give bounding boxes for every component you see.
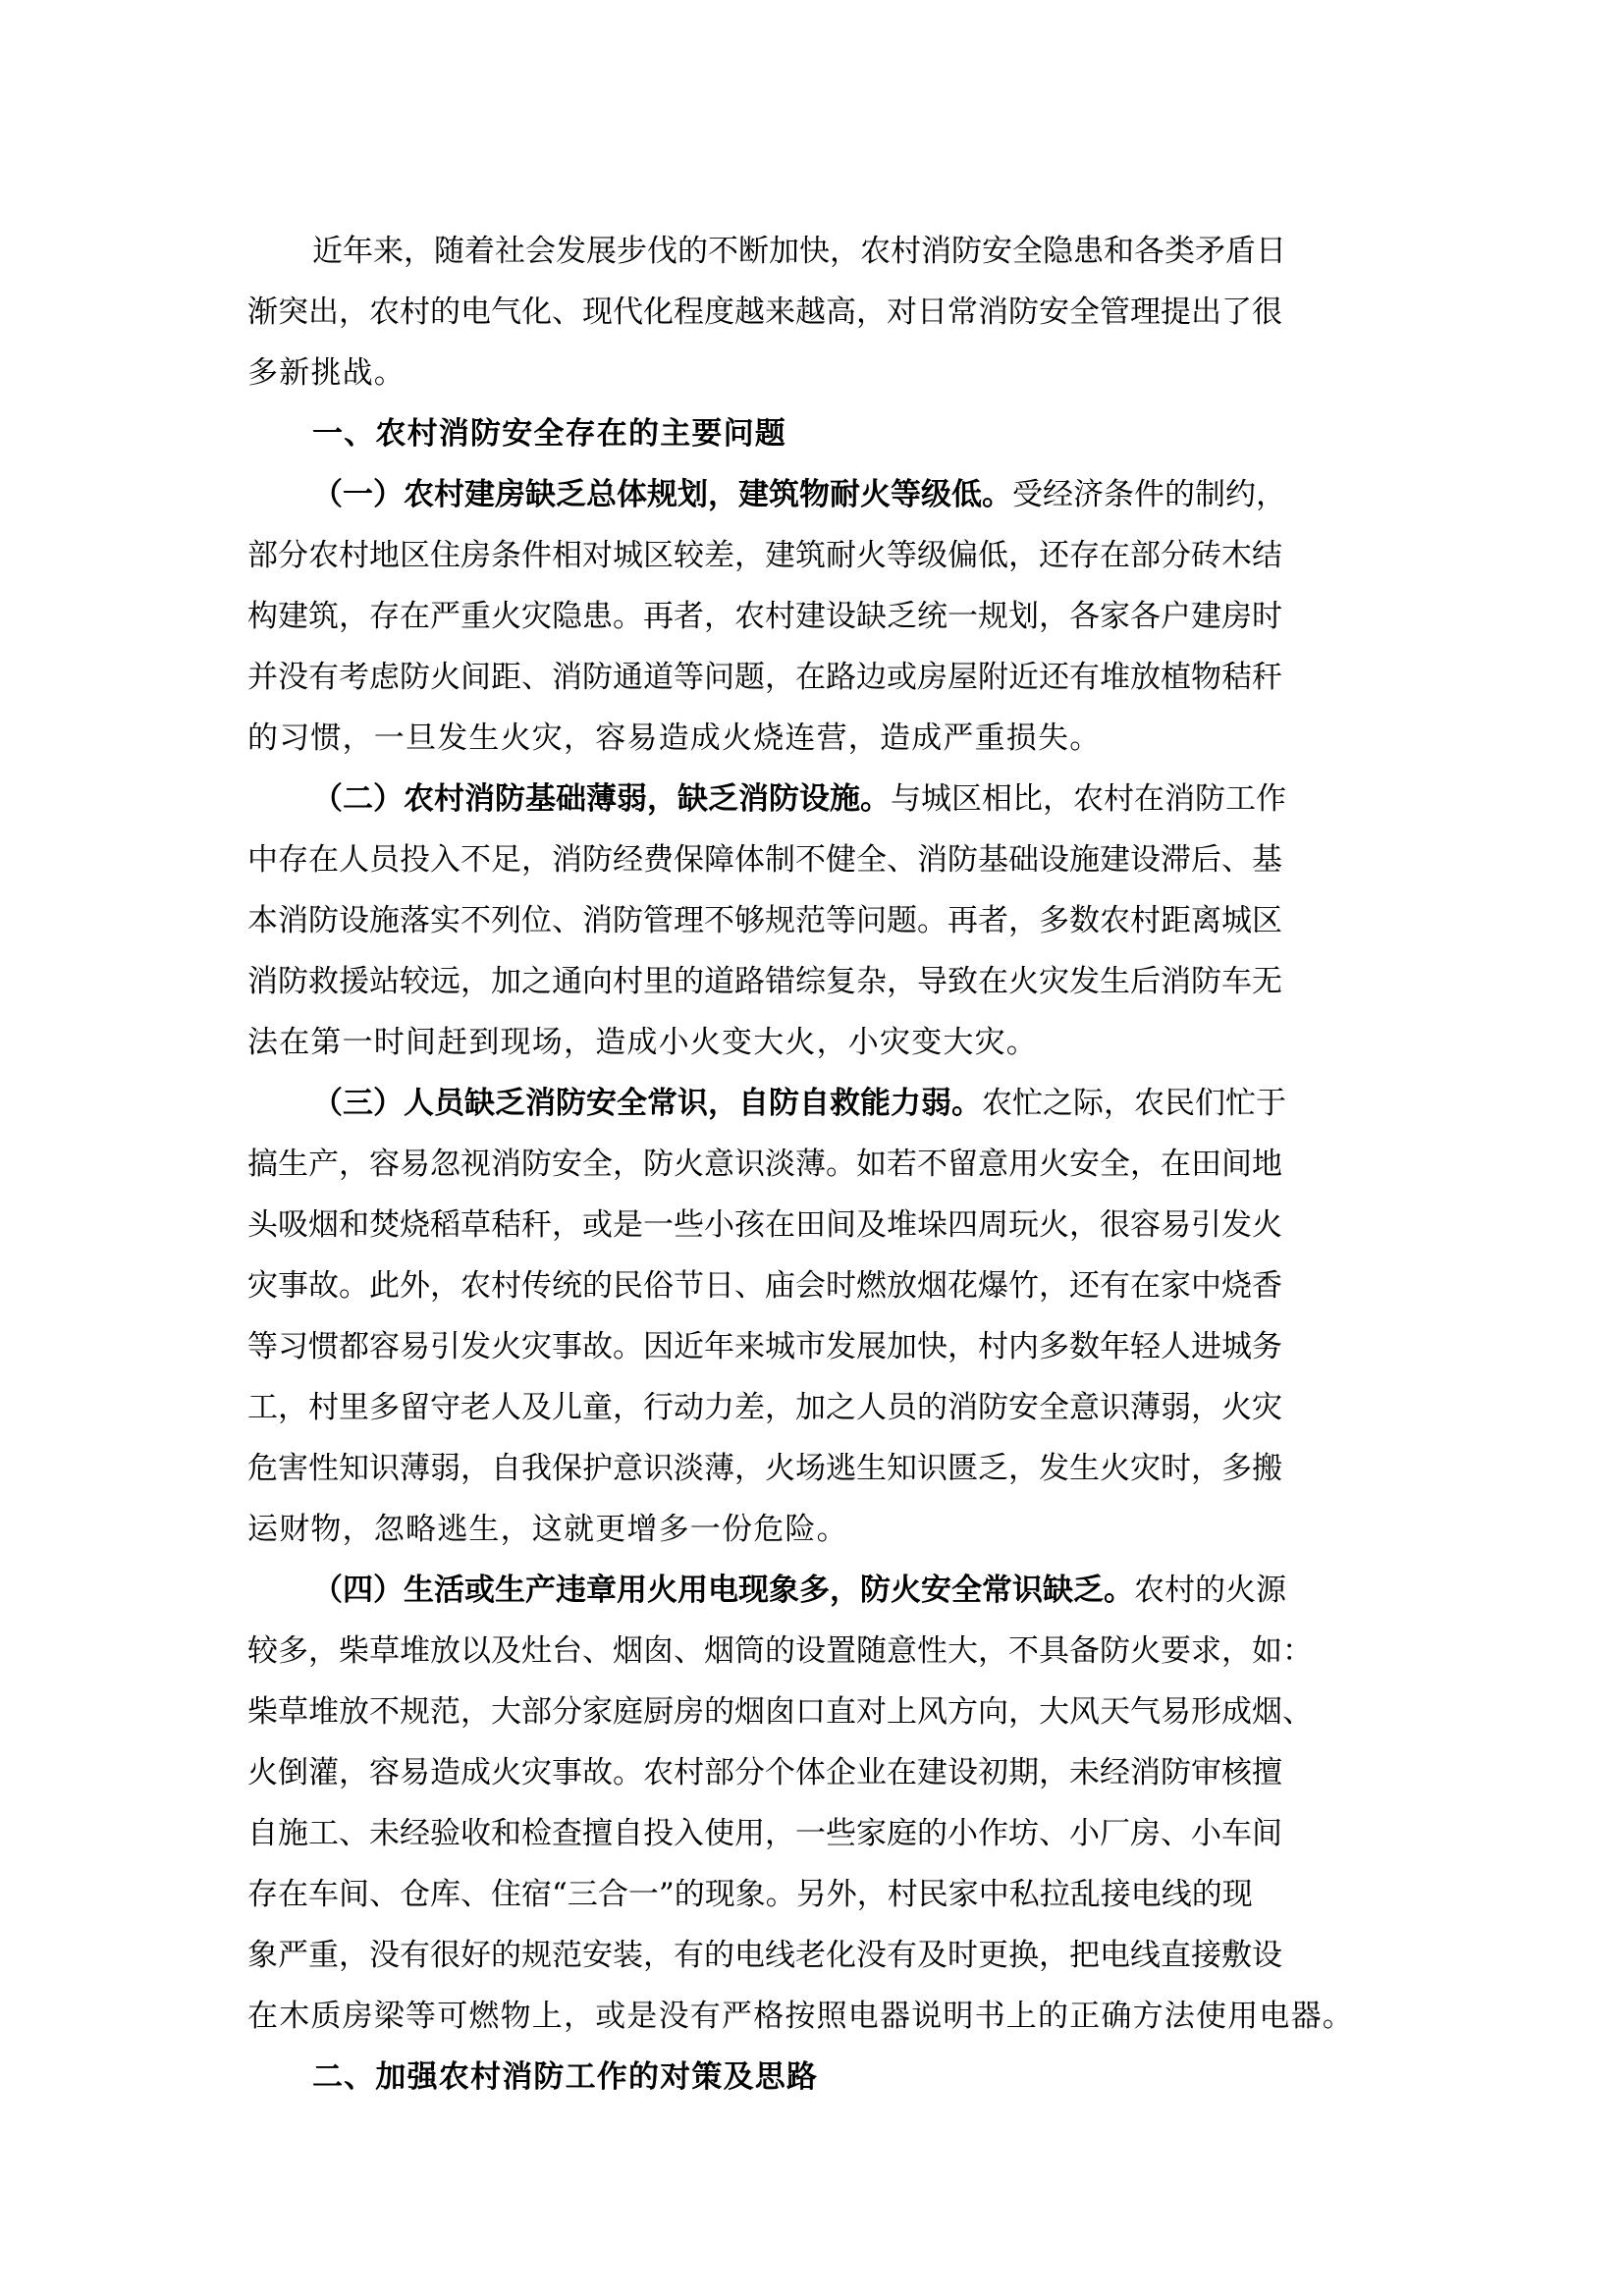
text-line: 灾事故。此外，农村传统的民俗节日、庙会时燃放烟花爆竹，还有在家中烧香	[247, 1255, 1359, 1316]
body-text: 消防救援站较远，加之通向村里的道路错综复杂，导致在火灾发生后消防车无	[247, 964, 1282, 999]
document-body: 近年来，随着社会发展步伐的不断加快，农村消防安全隐患和各类矛盾日渐突出，农村的电…	[247, 221, 1359, 2108]
body-text: 危害性知识薄弱，自我保护意识淡薄，火场逃生知识匮乏，发生火灾时，多搬	[247, 1451, 1282, 1486]
text-line: 等习惯都容易引发火灾事故。因近年来城市发展加快，村内多数年轻人进城务	[247, 1316, 1359, 1377]
paragraph: 近年来，随着社会发展步伐的不断加快，农村消防安全隐患和各类矛盾日渐突出，农村的电…	[247, 221, 1359, 403]
body-text: 工，村里多留守老人及儿童，行动力差，加之人员的消防安全意识薄弱，火灾	[247, 1390, 1282, 1425]
body-text: 部分农村地区住房条件相对城区较差，建筑耐火等级偏低，还存在部分砖木结	[247, 538, 1282, 573]
text-line: 较多，柴草堆放以及灶台、烟囱、烟筒的设置随意性大，不具备防火要求，如：	[247, 1621, 1359, 1682]
paragraph: （三）人员缺乏消防安全常识，自防自救能力弱。农忙之际，农民们忙于搞生产，容易忽视…	[247, 1073, 1359, 1560]
lead-in-bold-text: （二）农村消防基础薄弱，缺乏消防设施。	[312, 781, 891, 817]
body-text: 与城区相比，农村在消防工作	[891, 781, 1286, 817]
body-text: 的习惯，一旦发生火灾，容易造成火烧连营，造成严重损失。	[247, 721, 1101, 756]
body-text: 运财物，忽略逃生，这就更增多一份危险。	[247, 1512, 848, 1547]
body-text: 并没有考虑防火间距、消防通道等问题，在路边或房屋附近还有堆放植物秸秆	[247, 660, 1282, 695]
body-text: 火倒灌，容易造成火灾事故。农村部分个体企业在建设初期，未经消防审核擅	[247, 1755, 1282, 1790]
paragraph: （四）生活或生产违章用火用电现象多，防火安全常识缺乏。农村的火源较多，柴草堆放以…	[247, 1560, 1359, 2047]
body-text: 本消防设施落实不列位、消防管理不够规范等问题。再者，多数农村距离城区	[247, 903, 1282, 938]
text-line: 柴草堆放不规范，大部分家庭厨房的烟囱口直对上风方向，大风天气易形成烟、	[247, 1682, 1359, 1742]
text-line: 危害性知识薄弱，自我保护意识淡薄，火场逃生知识匮乏，发生火灾时，多搬	[247, 1438, 1359, 1499]
text-line: 一、农村消防安全存在的主要问题	[247, 403, 1359, 464]
section-heading: 二、加强农村消防工作的对策及思路	[247, 2047, 1359, 2108]
text-line: 部分农村地区住房条件相对城区较差，建筑耐火等级偏低，还存在部分砖木结	[247, 525, 1359, 586]
body-text: 多新挑战。	[247, 355, 406, 391]
lead-in-bold-text: （一）农村建房缺乏总体规划，建筑物耐火等级低。	[312, 477, 1012, 512]
lead-in-bold-text: （四）生活或生产违章用火用电现象多，防火安全常识缺乏。	[312, 1573, 1134, 1608]
text-line: 存在车间、仓库、住宿“三合一”的现象。另外，村民家中私拉乱接电线的现	[247, 1864, 1359, 1925]
text-line: 自施工、未经验收和检查擅自投入使用，一些家庭的小作坊、小厂房、小车间	[247, 1803, 1359, 1864]
body-text: 搞生产，容易忽视消防安全，防火意识淡薄。如若不留意用火安全，在田间地	[247, 1147, 1282, 1182]
text-line: （四）生活或生产违章用火用电现象多，防火安全常识缺乏。农村的火源	[247, 1560, 1359, 1621]
body-text: 农村的火源	[1134, 1573, 1286, 1608]
body-text: 农忙之际，农民们忙于	[982, 1086, 1286, 1121]
text-line: 头吸烟和焚烧稻草秸秆，或是一些小孩在田间及堆垛四周玩火，很容易引发火	[247, 1195, 1359, 1255]
text-line: 中存在人员投入不足，消防经费保障体制不健全、消防基础设施建设滞后、基	[247, 829, 1359, 890]
text-line: 二、加强农村消防工作的对策及思路	[247, 2047, 1359, 2108]
document-page: 近年来，随着社会发展步伐的不断加快，农村消防安全隐患和各类矛盾日渐突出，农村的电…	[0, 0, 1624, 2296]
body-text: 自施工、未经验收和检查擅自投入使用，一些家庭的小作坊、小厂房、小车间	[247, 1816, 1282, 1851]
text-line: 运财物，忽略逃生，这就更增多一份危险。	[247, 1499, 1359, 1560]
body-text: 法在第一时间赶到现场，造成小火变大火，小灾变大灾。	[247, 1025, 1038, 1060]
text-line: 法在第一时间赶到现场，造成小火变大火，小灾变大灾。	[247, 1012, 1359, 1073]
body-text: 渐突出，农村的电气化、现代化程度越来越高，对日常消防安全管理提出了很	[247, 294, 1282, 330]
lead-in-bold-text: （三）人员缺乏消防安全常识，自防自救能力弱。	[312, 1086, 982, 1121]
body-text: 受经济条件的制约，	[1012, 477, 1286, 512]
text-line: （三）人员缺乏消防安全常识，自防自救能力弱。农忙之际，农民们忙于	[247, 1073, 1359, 1134]
body-text: 灾事故。此外，农村传统的民俗节日、庙会时燃放烟花爆竹，还有在家中烧香	[247, 1268, 1282, 1304]
heading-text: 二、加强农村消防工作的对策及思路	[312, 2059, 818, 2095]
body-text: 较多，柴草堆放以及灶台、烟囱、烟筒的设置随意性大，不具备防火要求，如：	[247, 1633, 1313, 1669]
text-line: 渐突出，农村的电气化、现代化程度越来越高，对日常消防安全管理提出了很	[247, 282, 1359, 343]
heading-text: 一、农村消防安全存在的主要问题	[312, 416, 786, 452]
text-line: （一）农村建房缺乏总体规划，建筑物耐火等级低。受经济条件的制约，	[247, 464, 1359, 525]
text-line: 构建筑，存在严重火灾隐患。再者，农村建设缺乏统一规划，各家各户建房时	[247, 586, 1359, 647]
text-line: 本消防设施落实不列位、消防管理不够规范等问题。再者，多数农村距离城区	[247, 890, 1359, 951]
body-text: 象严重，没有很好的规范安装，有的电线老化没有及时更换，把电线直接敷设	[247, 1938, 1282, 1973]
body-text: 柴草堆放不规范，大部分家庭厨房的烟囱口直对上风方向，大风天气易形成烟、	[247, 1694, 1313, 1730]
body-text: 等习惯都容易引发火灾事故。因近年来城市发展加快，村内多数年轻人进城务	[247, 1329, 1282, 1364]
body-text: 头吸烟和焚烧稻草秸秆，或是一些小孩在田间及堆垛四周玩火，很容易引发火	[247, 1207, 1282, 1243]
text-line: 火倒灌，容易造成火灾事故。农村部分个体企业在建设初期，未经消防审核擅	[247, 1742, 1359, 1803]
body-text: 存在车间、仓库、住宿“三合一”的现象。另外，村民家中私拉乱接电线的现	[247, 1877, 1253, 1912]
section-heading: 一、农村消防安全存在的主要问题	[247, 403, 1359, 464]
body-text: 在木质房梁等可燃物上，或是没有严格按照电器说明书上的正确方法使用电器。	[247, 1999, 1354, 2034]
body-text: 近年来，随着社会发展步伐的不断加快，农村消防安全隐患和各类矛盾日	[312, 234, 1286, 269]
body-text: 中存在人员投入不足，消防经费保障体制不健全、消防基础设施建设滞后、基	[247, 842, 1282, 878]
text-line: 的习惯，一旦发生火灾，容易造成火烧连营，造成严重损失。	[247, 708, 1359, 769]
text-line: 并没有考虑防火间距、消防通道等问题，在路边或房屋附近还有堆放植物秸秆	[247, 647, 1359, 708]
text-line: 工，村里多留守老人及儿童，行动力差，加之人员的消防安全意识薄弱，火灾	[247, 1377, 1359, 1438]
text-line: 多新挑战。	[247, 343, 1359, 403]
text-line: （二）农村消防基础薄弱，缺乏消防设施。与城区相比，农村在消防工作	[247, 769, 1359, 829]
text-line: 象严重，没有很好的规范安装，有的电线老化没有及时更换，把电线直接敷设	[247, 1925, 1359, 1986]
text-line: 消防救援站较远，加之通向村里的道路错综复杂，导致在火灾发生后消防车无	[247, 951, 1359, 1012]
paragraph: （一）农村建房缺乏总体规划，建筑物耐火等级低。受经济条件的制约，部分农村地区住房…	[247, 464, 1359, 769]
body-text: 构建筑，存在严重火灾隐患。再者，农村建设缺乏统一规划，各家各户建房时	[247, 599, 1282, 634]
text-line: 搞生产，容易忽视消防安全，防火意识淡薄。如若不留意用火安全，在田间地	[247, 1134, 1359, 1195]
paragraph: （二）农村消防基础薄弱，缺乏消防设施。与城区相比，农村在消防工作中存在人员投入不…	[247, 769, 1359, 1073]
text-line: 在木质房梁等可燃物上，或是没有严格按照电器说明书上的正确方法使用电器。	[247, 1986, 1359, 2047]
text-line: 近年来，随着社会发展步伐的不断加快，农村消防安全隐患和各类矛盾日	[247, 221, 1359, 282]
